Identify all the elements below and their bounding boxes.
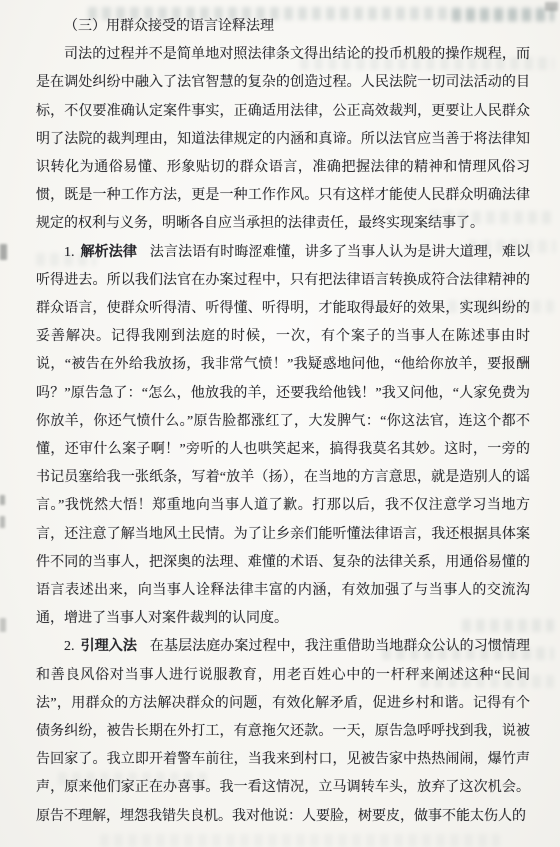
item-title: 解析法律 — [81, 245, 137, 260]
item-body-text: 在基层法庭办案过程中，我注重借助当地群众公认的习惯情理和善良风俗对当事人进行说服… — [36, 639, 530, 823]
section-heading: （三）用群众接受的语言诠释法理 — [36, 13, 530, 41]
item-number: 2. — [64, 639, 75, 654]
document-content: （三）用群众接受的语言诠释法理 司法的过程并不是简单地对照法律条文得出结论的投币… — [0, 0, 560, 831]
numbered-paragraph-2: 2.引理入法在基层法庭办案过程中，我注重借助当地群众公认的习惯情理和善良风俗对当… — [36, 633, 530, 830]
intro-paragraph: 司法的过程并不是简单地对照法律条文得出结论的投币机般的操作规程，而是在调处纠纷中… — [36, 41, 530, 238]
numbered-paragraph-1: 1.解析法律法言法语有时晦涩难懂，讲多了当事人认为是讲大道理，难以听得进去。所以… — [36, 239, 530, 634]
item-body-text: 法言法语有时晦涩难懂，讲多了当事人认为是讲大道理，难以听得进去。所以我们法官在办… — [36, 245, 530, 627]
item-title: 引理入法 — [81, 639, 137, 654]
item-number: 1. — [64, 245, 75, 260]
scanned-document-page: { "page": { "background_color": "#f7f6f2… — [0, 0, 560, 847]
